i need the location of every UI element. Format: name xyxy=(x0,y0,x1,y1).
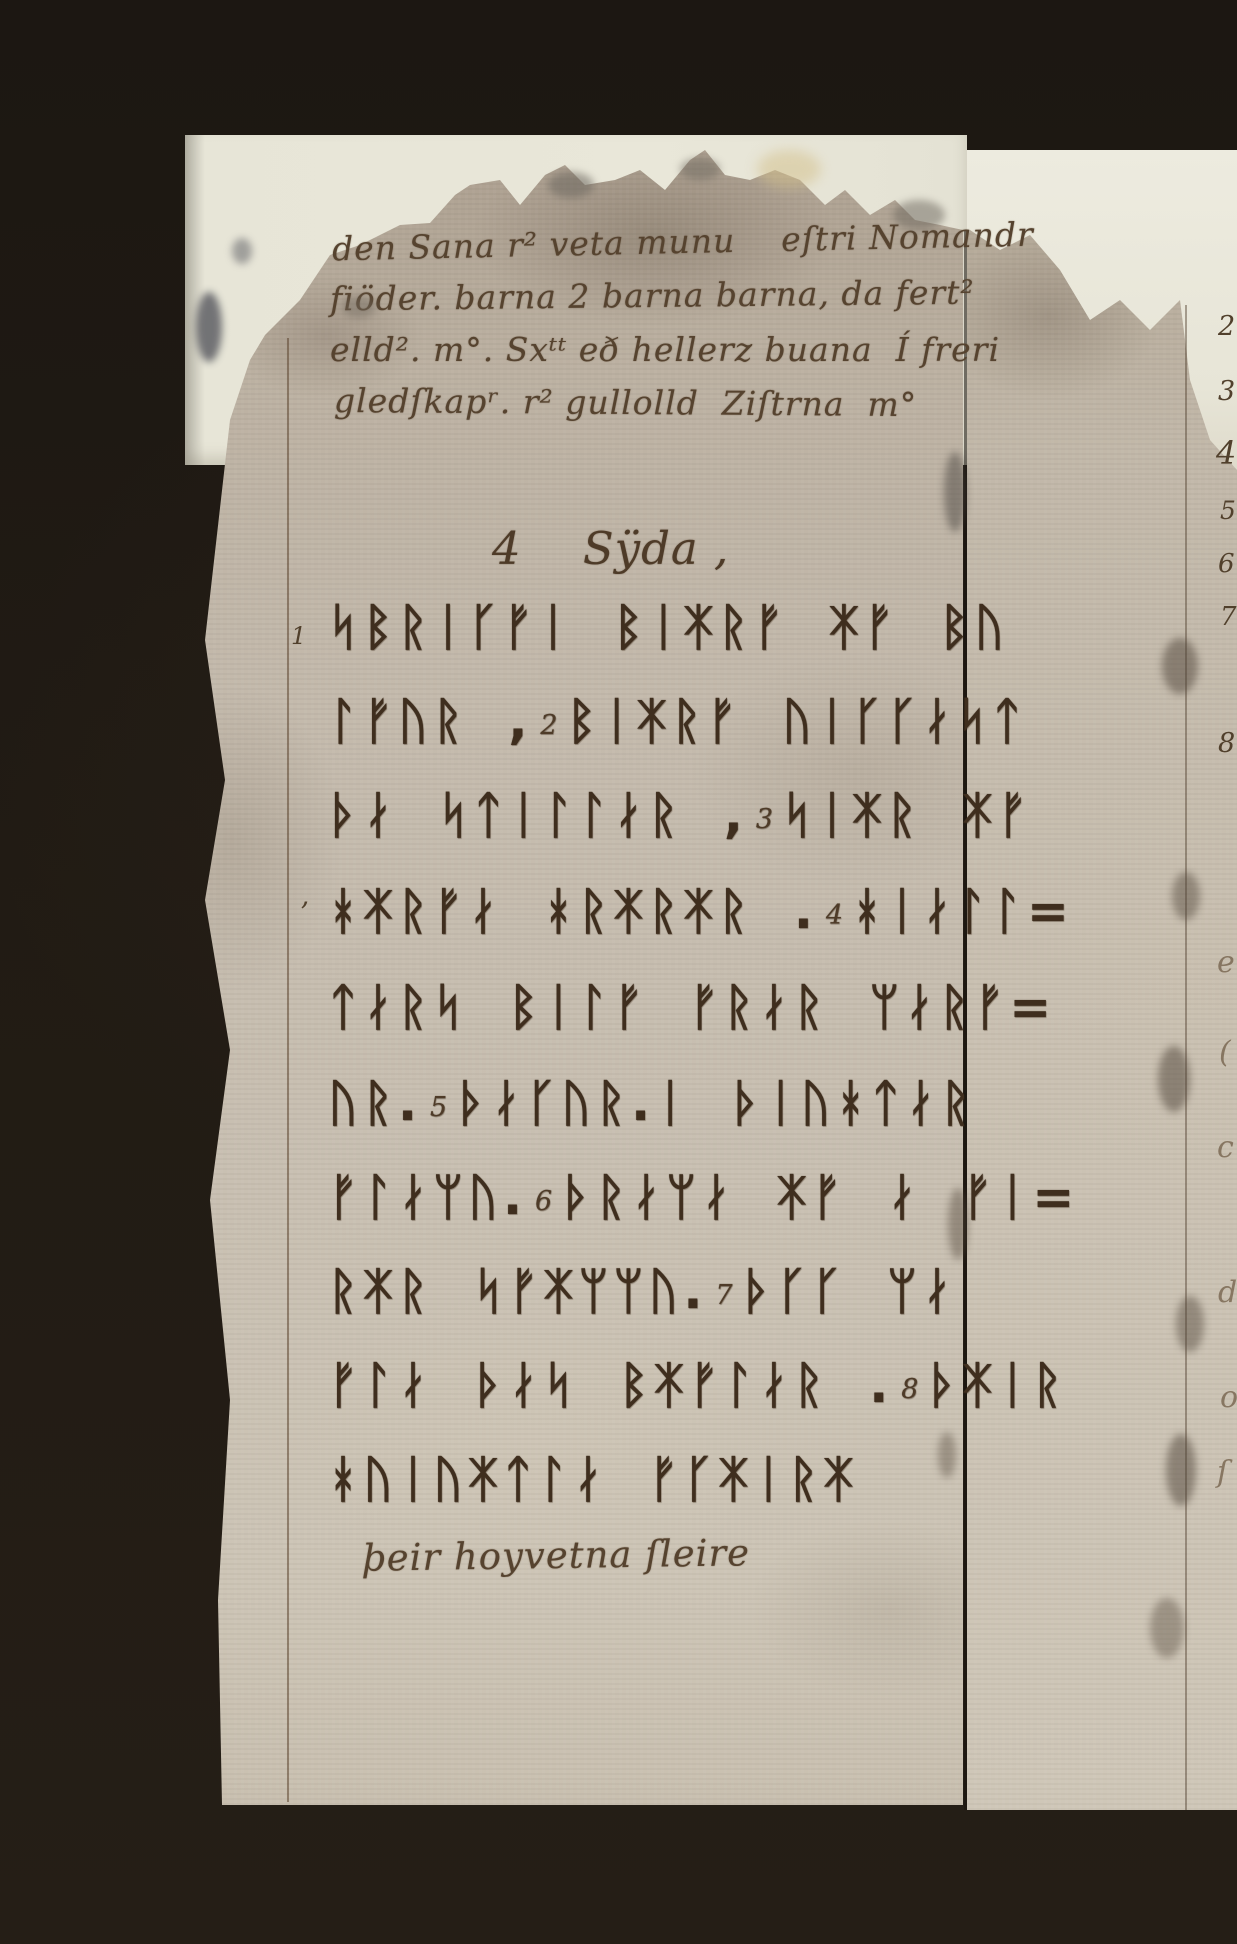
rune-line: ᚼᛡᚱᚠᛅ ᚼᚱᛡᚱᛡᚱ .4ᚼᛁᛅᛚᛚ= xyxy=(328,882,1074,940)
manuscript-photo: den Sana r² veta munu eſtri Nomandr fiöd… xyxy=(0,0,1237,1944)
header-text-line: fiöder. barna 2 barna barna, da fert² xyxy=(330,273,975,319)
rune-line: ᛚᚠᚢᚱ ,2ᛒᛁᛡᚱᚠ ᚢᛁᚴᚴᛅᛋᛏ xyxy=(328,692,1027,750)
rune-text: ᛋᛁᛡᚱ ᛡᚠ xyxy=(782,786,1032,844)
rune-text: ᚱᛡᚱ ᛋᚠᛡᛘᛘᚢ. xyxy=(328,1262,707,1320)
rune-line: ᚱᛡᚱ ᛋᚠᛡᛘᛘᚢ.7ᚦᚴᚴ ᛘᛅ xyxy=(328,1262,957,1320)
rune-text: ᚼᛁᛅᛚᛚ= xyxy=(852,882,1074,940)
rune-line: ᚢᚱ.5ᚦᛅᚴᚢᚱ.ᛁ ᚦᛁᚢᚼᛏᛅᚱ xyxy=(328,1074,976,1132)
rune-item-number: 3 xyxy=(748,804,782,835)
fold-smudge xyxy=(1176,1296,1204,1352)
edge-smudge xyxy=(944,452,966,532)
rune-line: ᛋᛒᚱᛁᚴᚠᛁ ᛒᛁᛡᚱᚠ ᛡᚠ ᛒᚢ xyxy=(328,598,1009,656)
header-text-line: elld². m°. Sxᵗᵗ eð hellerz buana Í freri xyxy=(330,330,1000,369)
ink-blot-stain xyxy=(196,292,222,362)
torn-edge-stain xyxy=(680,158,720,180)
edge-fragment: c xyxy=(1217,1130,1234,1165)
rune-text: ᚢᚱ. xyxy=(328,1074,422,1132)
rune-text: ᚦᛅ ᛋᛏᛁᛚᛚᛅᚱ , xyxy=(328,786,748,844)
header-text-line: gledſkapʳ. r² gullolld Ziſtrna m° xyxy=(334,381,918,424)
rune-item-number: 4 xyxy=(818,900,852,931)
rune-text: ᛋᛒᚱᛁᚴᚠᛁ ᛒᛁᛡᚱᚠ ᛡᚠ ᛒᚢ xyxy=(328,598,1009,656)
rune-item-number: 7 xyxy=(707,1280,741,1311)
right-margin-number: 7 xyxy=(1220,602,1237,632)
rune-text: ᚦᚱᛅᛘᛅ ᛡᚠ ᛅ ᚠᛁ= xyxy=(561,1168,1079,1226)
rune-line: ᚦᛅ ᛋᛏᛁᛚᛚᛅᚱ ,3ᛋᛁᛡᚱ ᛡᚠ xyxy=(328,786,1032,844)
gloss-line: þeir hoyvetna ſleire xyxy=(362,1531,751,1579)
ink-blot-stain xyxy=(232,238,252,264)
rune-item-number: 2 xyxy=(532,710,566,741)
right-margin-number: 4 xyxy=(1216,434,1236,472)
margin-rule-line xyxy=(287,338,289,1802)
rune-text: ᚦᛡᛁᚱ xyxy=(927,1356,1067,1414)
fold-smudge xyxy=(1158,1046,1190,1112)
rune-text: ᚠᛚᛅᛘᚢ. xyxy=(328,1168,527,1226)
edge-smudge xyxy=(938,1432,956,1478)
fold-smudge xyxy=(1166,1434,1196,1506)
rune-text: ᚦᚴᚴ ᛘᛅ xyxy=(742,1262,957,1320)
rune-text: ᚠᛚᛅ ᚦᛅᛋ ᛒᛡᚠᛚᛅᚱ . xyxy=(328,1356,893,1414)
torn-edge-stain xyxy=(342,296,376,318)
rune-line: ᛏᛅᚱᛋ ᛒᛁᛚᚠ ᚠᚱᛅᚱ ᛘᛅᚱᚠ= xyxy=(328,978,1056,1036)
right-margin-number: 8 xyxy=(1218,728,1235,759)
fold-smudge xyxy=(1150,1598,1184,1658)
right-margin-number: 6 xyxy=(1218,549,1235,579)
torn-edge-stain xyxy=(893,200,945,230)
right-margin-number: 5 xyxy=(1220,496,1236,525)
edge-fragment: e xyxy=(1217,945,1235,980)
rune-line: ᚼᚢᛁᚢᛡᛏᛚᛅ ᚠᚴᛡᛁᚱᛡ xyxy=(328,1450,858,1508)
left-margin-number: 1 xyxy=(291,622,306,650)
edge-fragment: ſ xyxy=(1217,1455,1228,1490)
right-margin-number: 2 xyxy=(1218,311,1235,342)
edge-smudge xyxy=(948,1188,968,1260)
rune-text: ᛚᚠᚢᚱ , xyxy=(328,692,532,750)
section-heading: 4 Sÿda , xyxy=(492,522,729,575)
right-margin-number: 3 xyxy=(1218,376,1235,407)
torn-edge-stain xyxy=(548,172,594,198)
rune-text: ᚼᚢᛁᚢᛡᛏᛚᛅ ᚠᚴᛡᛁᚱᛡ xyxy=(328,1450,858,1508)
rune-text: ᛏᛅᚱᛋ ᛒᛁᛚᚠ ᚠᚱᛅᚱ ᛘᛅᚱᚠ= xyxy=(328,978,1056,1036)
rune-line: ᚠᛚᛅ ᚦᛅᛋ ᛒᛡᚠᛚᛅᚱ .8ᚦᛡᛁᚱ xyxy=(328,1356,1067,1414)
fold-smudge xyxy=(1162,638,1198,694)
fold-smudge xyxy=(1172,872,1200,920)
rune-item-number: 6 xyxy=(527,1186,561,1217)
edge-fragment: d xyxy=(1218,1275,1237,1310)
yellow-stain xyxy=(757,150,821,188)
left-margin-tick: ’ xyxy=(300,896,309,929)
rune-item-number: 5 xyxy=(422,1092,456,1123)
rune-text: ᛒᛁᛡᚱᚠ ᚢᛁᚴᚴᛅᛋᛏ xyxy=(567,692,1027,750)
edge-fragment: ( xyxy=(1219,1035,1231,1070)
rune-text: ᚦᛅᚴᚢᚱ.ᛁ ᚦᛁᚢᚼᛏᛅᚱ xyxy=(456,1074,975,1132)
rune-text: ᚼᛡᚱᚠᛅ ᚼᚱᛡᚱᛡᚱ . xyxy=(328,882,818,940)
rune-item-number: 8 xyxy=(893,1374,927,1405)
edge-fragment: o xyxy=(1220,1380,1237,1415)
